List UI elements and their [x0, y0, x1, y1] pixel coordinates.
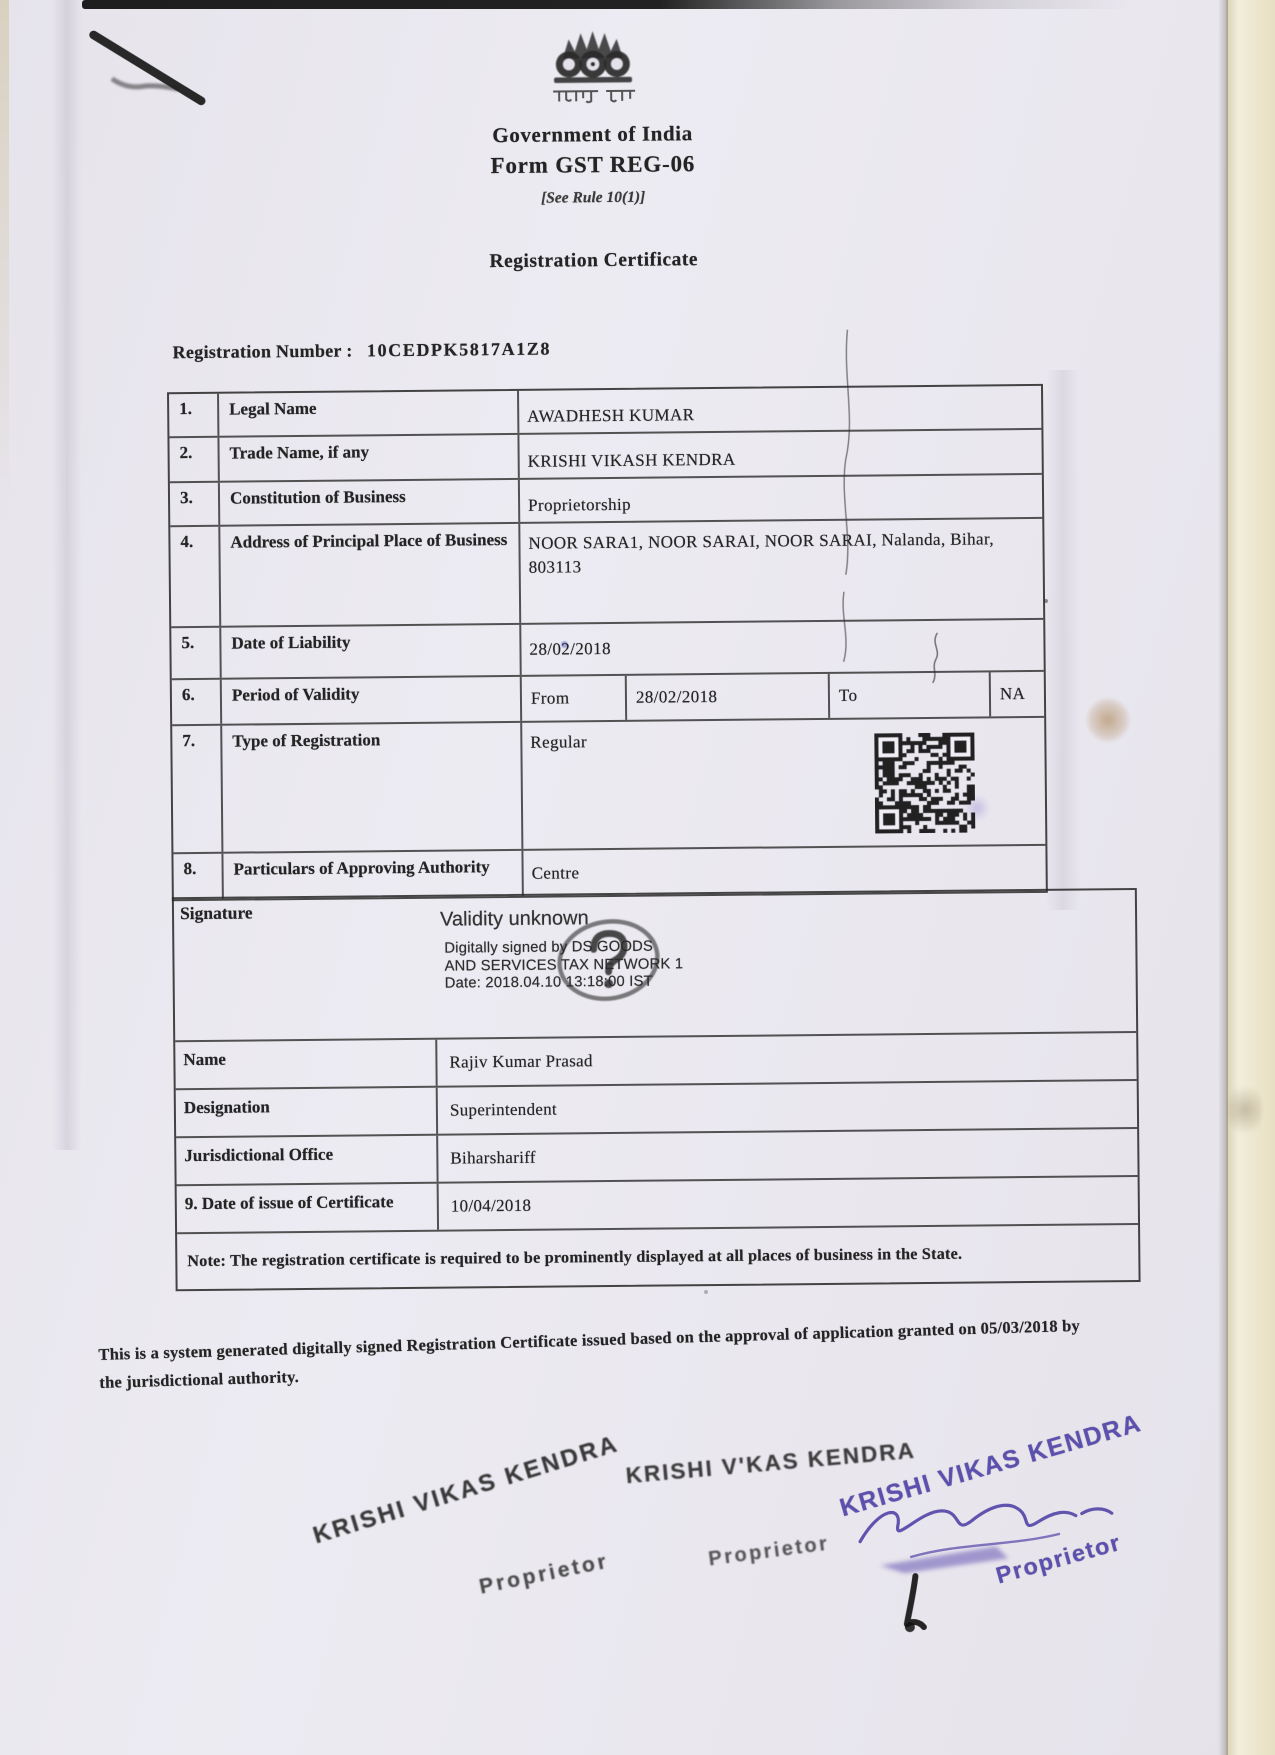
table-row-type-of-registration: 7. Type of Registration Regular: [172, 718, 1045, 854]
row-label: Address of Principal Place of Business: [220, 524, 521, 626]
row-label: Date of Liability: [221, 625, 521, 678]
row-value: NOOR SARA1, NOOR SARAI, NOOR SARAI, Nala…: [520, 519, 1043, 623]
row-label: Jurisdictional Office: [176, 1136, 438, 1185]
row-value: Regular: [522, 718, 1045, 849]
registration-number-label: Registration Number :: [173, 340, 353, 362]
validity-question-icon: [549, 912, 668, 1008]
row-value: Centre: [523, 846, 1045, 896]
row-number: 4.: [170, 527, 221, 626]
registration-type-value: Regular: [530, 732, 587, 753]
from-date-value: 28/02/2018: [627, 674, 830, 720]
row-number: 8.: [173, 854, 223, 899]
row-label: Name: [175, 1040, 437, 1089]
to-date-value: NA: [991, 672, 1044, 717]
table-row-period-of-validity: 6. Period of Validity From 28/02/2018 To…: [172, 672, 1044, 726]
ashoka-emblem-icon: [548, 26, 639, 87]
signature-label: Signature: [180, 902, 253, 924]
row-label: Type of Registration: [222, 723, 523, 852]
stamp-left-title: Proprietor: [477, 1550, 611, 1600]
note-row: Note: The registration certificate is re…: [177, 1225, 1138, 1289]
from-label: From: [522, 676, 627, 721]
approving-authority-value: Centre: [532, 863, 580, 883]
row-value: AWADHESH KUMAR: [519, 386, 1041, 433]
row-label: Period of Validity: [222, 677, 522, 724]
jurisdictional-office-value: Biharshariff: [438, 1129, 1137, 1182]
constitution-value: Proprietorship: [528, 495, 631, 516]
liability-date-value: 28/02/2018: [529, 639, 611, 660]
issue-date-value: 10/04/2018: [439, 1177, 1138, 1230]
row-number: 5.: [171, 628, 221, 678]
legal-name-value: AWADHESH KUMAR: [527, 405, 694, 427]
row-value: 28/02/2018: [521, 620, 1043, 675]
to-label: To: [830, 672, 991, 718]
main-details-table: 1. Legal Name AWADHESH KUMAR 2. Trade Na…: [167, 384, 1048, 901]
row-label: 9. Date of issue of Certificate: [177, 1184, 439, 1233]
row-value: KRISHI VIKASH KENDRA: [519, 430, 1041, 478]
registration-number-line: Registration Number : 10CEDPK5817A1Z8: [173, 339, 552, 364]
registration-number-value: 10CEDPK5817A1Z8: [367, 339, 551, 361]
row-number: 2.: [169, 438, 219, 481]
ink-smudge-artifact: [112, 78, 178, 90]
scanned-document-page: { "header": { "emblem_caption": "सत्यमेव…: [0, 0, 1275, 1755]
row-number: 1.: [169, 394, 219, 436]
row-label: Constitution of Business: [220, 480, 520, 525]
validity-subcells: From 28/02/2018 To NA: [522, 672, 1044, 721]
certificate-document: सत्यमेव जयते Government of India Form GS…: [0, 0, 1275, 1755]
row-number: 3.: [170, 483, 220, 525]
row-label: Particulars of Approving Authority: [223, 851, 523, 899]
designation-value: Superintendent: [438, 1081, 1137, 1134]
rule-reference-line: [See Rule 10(1)]: [0, 183, 1191, 212]
signature-section: Signature Validity unknown Digitally sig…: [174, 890, 1136, 1042]
form-number-line: Form GST REG-06: [0, 146, 1191, 183]
qr-code: [874, 733, 975, 834]
table-row: 4. Address of Principal Place of Busines…: [170, 519, 1043, 628]
officer-name-value: Rajiv Kumar Prasad: [437, 1033, 1136, 1086]
row-value: Proprietorship: [520, 475, 1042, 522]
trade-name-value: KRISHI VIKASH KENDRA: [528, 450, 736, 472]
pen-stroke-artifact: [94, 34, 202, 102]
row-label: Designation: [176, 1088, 438, 1137]
row-number: 7.: [172, 726, 223, 852]
stamp-left-name: KRISHI VIKAS KENDRA: [310, 1430, 622, 1550]
row-label: Legal Name: [219, 391, 519, 436]
table-row: 5. Date of Liability 28/02/2018: [171, 620, 1043, 680]
ink-blob-artifact: [905, 1622, 915, 1632]
row-label: Trade Name, if any: [219, 435, 519, 481]
signature-officer-table: Signature Validity unknown Digitally sig…: [172, 888, 1141, 1291]
note-text: Note: The registration certificate is re…: [187, 1245, 962, 1271]
stamp-middle-title: Proprietor: [707, 1533, 831, 1572]
address-value: NOOR SARA1, NOOR SARAI, NOOR SARAI, Nala…: [528, 527, 998, 580]
page-title: Registration Certificate: [0, 244, 1192, 277]
satyameva-jayate-caption: [552, 88, 636, 106]
row-number: 6.: [172, 680, 222, 724]
system-generated-statement: This is a system generated digitally sig…: [98, 1311, 1099, 1396]
